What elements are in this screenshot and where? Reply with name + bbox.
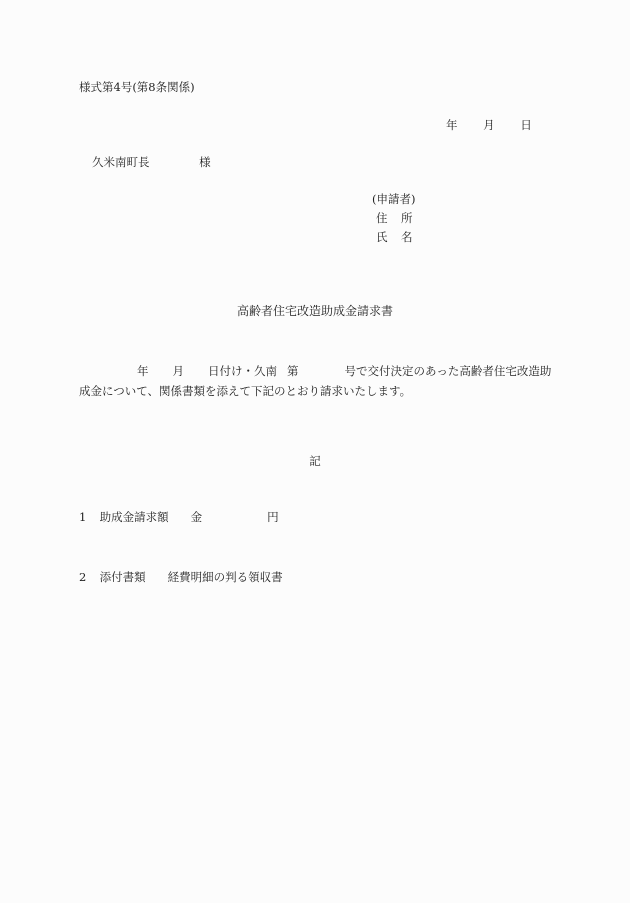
body-year: 年 xyxy=(137,364,149,378)
document-title: 高齢者住宅改造助成金請求書 xyxy=(0,305,630,317)
item-number: 1 xyxy=(79,512,96,524)
body-line-1: 年月日付け・久南第号で交付決定のあった高齢者住宅改造助 xyxy=(79,361,559,381)
item-attachments: 2 添付書類経費明細の判る領収書 xyxy=(79,572,283,584)
date-line: 年 月 日 xyxy=(446,120,532,132)
ki-heading: 記 xyxy=(0,456,630,468)
body-number-prefix: 第 xyxy=(287,364,299,378)
item-number: 2 xyxy=(79,572,96,584)
date-day-label: 日 xyxy=(520,120,532,132)
addressee-honorific: 様 xyxy=(199,155,211,169)
item-label: 助成金請求額 xyxy=(100,512,169,524)
applicant-block: (申請者) 住所 氏名 xyxy=(372,194,415,251)
item-label: 添付書類 xyxy=(100,572,146,584)
body-day-ref: 日付け・久南 xyxy=(208,364,277,378)
addressee-title: 久米南町長 xyxy=(92,155,150,169)
addressee: 久米南町長 様 xyxy=(92,157,211,169)
name-label-char-1: 氏 xyxy=(376,232,388,244)
address-label-char-1: 住 xyxy=(376,213,388,225)
body-month: 月 xyxy=(173,364,185,378)
date-year-label: 年 xyxy=(446,120,458,132)
address-label-char-2: 所 xyxy=(401,211,413,225)
amount-suffix: 円 xyxy=(267,510,279,524)
date-month-label: 月 xyxy=(483,120,495,132)
name-label-char-2: 名 xyxy=(401,230,413,244)
form-number: 様式第4号(第8条関係) xyxy=(79,82,195,94)
amount-prefix: 金 xyxy=(191,510,203,524)
applicant-name-label: 氏名 xyxy=(372,232,415,251)
document-page: { "document": { "form_number": "様式第4号(第8… xyxy=(0,0,630,903)
attachment-value: 経費明細の判る領収書 xyxy=(168,570,283,584)
body-line1-rest: 号で交付決定のあった高齢者住宅改造助 xyxy=(345,364,552,378)
body-paragraph: 年月日付け・久南第号で交付決定のあった高齢者住宅改造助 成金について、関係書類を… xyxy=(79,361,559,401)
item-claim-amount: 1 助成金請求額金円 xyxy=(79,512,279,524)
body-line-2: 成金について、関係書類を添えて下記のとおり請求いたします。 xyxy=(79,381,559,401)
